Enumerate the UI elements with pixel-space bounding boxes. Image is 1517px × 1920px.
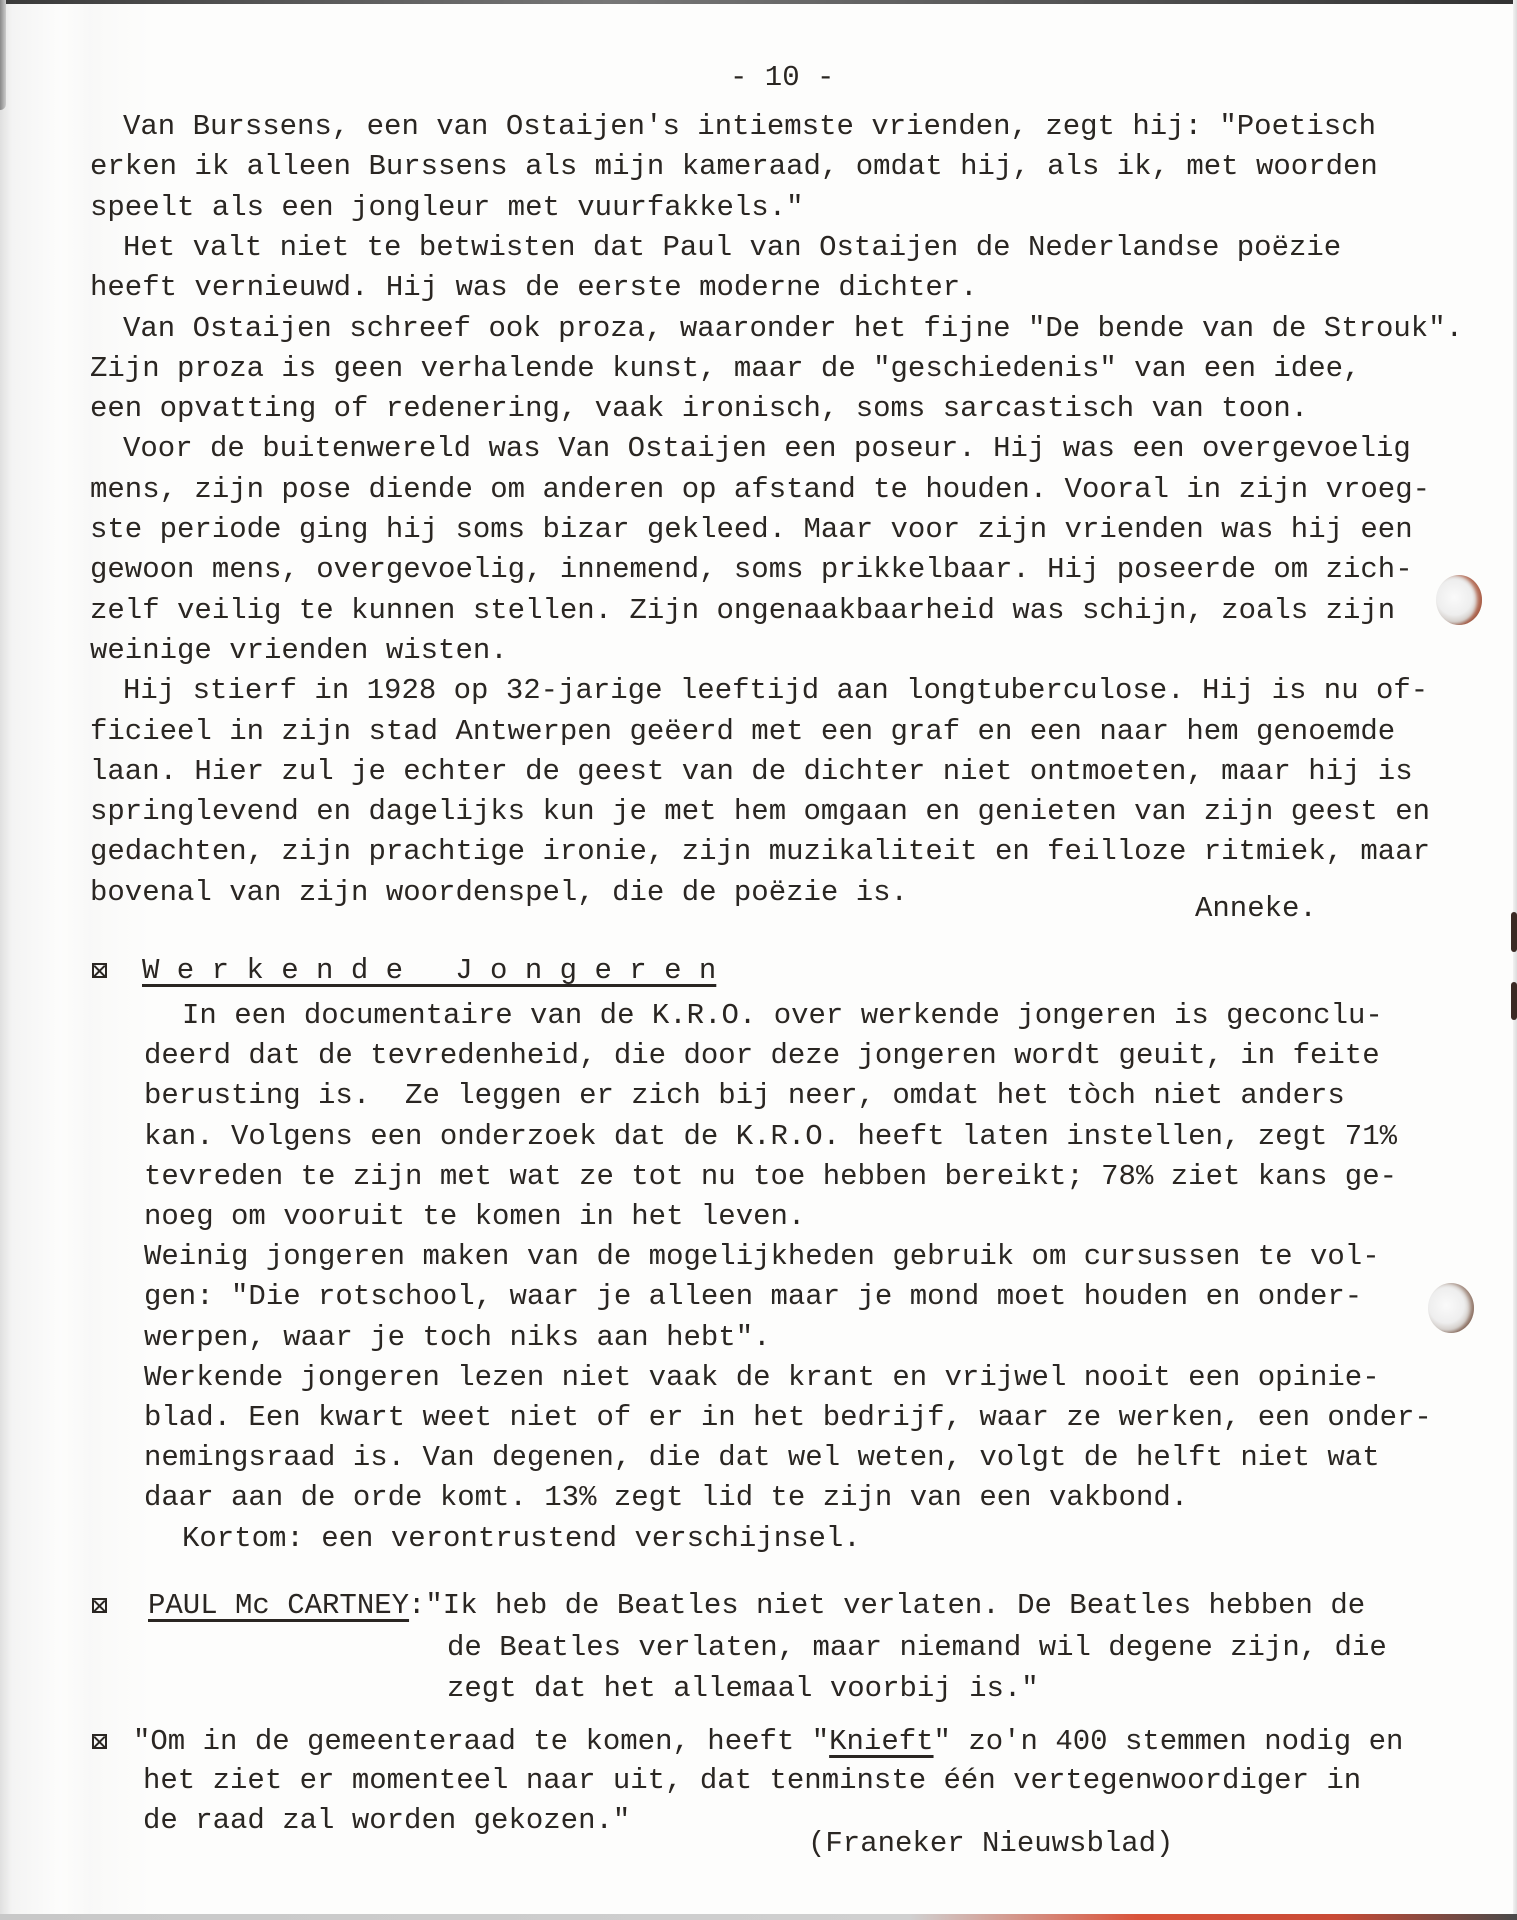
text-line: gen: "Die rotschool, waar je alleen maar… [144,1277,1362,1317]
text-line: :"Ik heb de Beatles niet verlaten. De Be… [408,1586,1365,1626]
text-line: weinige vrienden wisten. [90,631,508,671]
section-heading: W e r k e n d e J o n g e r e n [142,951,716,991]
page-number: - 10 - [730,58,834,98]
edge-mark [1511,982,1517,1020]
text-line: mens, zijn pose diende om anderen op afs… [90,470,1430,510]
binder-hole-icon [1436,575,1482,625]
text-line: de Beatles verlaten, maar niemand wil de… [447,1628,1387,1668]
text-line: het ziet er momenteel naar uit, dat tenm… [143,1761,1361,1801]
text-line: gedachten, zijn prachtige ironie, zijn m… [90,832,1430,872]
text-line: werpen, waar je toch niks aan hebt". [144,1318,771,1358]
source-credit: (Franeker Nieuwsblad) [808,1824,1173,1864]
crossed-box-icon [88,1586,110,1626]
text-line: Van Ostaijen schreef ook proza, waaronde… [123,309,1463,349]
text-line: blad. Een kwart weet niet of er in het b… [144,1398,1432,1438]
text-line: heeft vernieuwd. Hij was de eerste moder… [90,268,978,308]
text-line: springlevend en dagelijks kun je met hem… [90,792,1430,832]
crossed-box-icon [88,951,110,991]
text-line: zelf veilig te kunnen stellen. Zijn onge… [90,591,1395,631]
text-line: Voor de buitenwereld was Van Ostaijen ee… [123,429,1411,469]
page-left-curl [0,0,6,110]
text-line: Het valt niet te betwisten dat Paul van … [123,228,1341,268]
text-line: zegt dat het allemaal voorbij is." [447,1669,1039,1709]
page-top-edge [0,0,1517,4]
page-right-edge [1513,0,1517,1920]
speaker-name: PAUL Mc CARTNEY [148,1586,409,1626]
text-line: speelt als een jongleur met vuurfakkels.… [90,188,804,228]
text-line: erken ik alleen Burssens als mijn kamera… [90,147,1378,187]
text-line: een opvatting of redenering, vaak ironis… [90,389,1308,429]
page-bottom-edge [0,1914,1517,1920]
quote-line: "Om in de gemeenteraad te komen, heeft "… [133,1722,1403,1762]
text-line: deerd dat de tevredenheid, die door deze… [144,1036,1380,1076]
text-line: berusting is. Ze leggen er zich bij neer… [144,1076,1345,1116]
edge-mark [1511,912,1517,952]
signature: Anneke. [1195,889,1317,929]
text-line: tevreden te zijn met wat ze tot nu toe h… [144,1157,1397,1197]
text-line: kan. Volgens een onderzoek dat de K.R.O.… [144,1117,1397,1157]
crossed-box-icon [88,1722,110,1762]
text-line: Weinig jongeren maken van de mogelijkhed… [144,1237,1380,1277]
text-line: Kortom: een verontrustend verschijnsel. [182,1519,861,1559]
text-line: laan. Hier zul je echter de geest van de… [90,752,1413,792]
text-line: daar aan de orde komt. 13% zegt lid te z… [144,1478,1188,1518]
binder-hole-icon [1428,1283,1474,1333]
text-line: nemingsraad is. Van degenen, die dat wel… [144,1438,1380,1478]
text-line: Werkende jongeren lezen niet vaak de kra… [144,1358,1380,1398]
text-line: de raad zal worden gekozen." [143,1801,630,1841]
text-line: noeg om vooruit te komen in het leven. [144,1197,805,1237]
text-line: Van Burssens, een van Ostaijen's intiems… [123,107,1376,147]
text-line: gewoon mens, overgevoelig, innemend, som… [90,550,1413,590]
text-line: bovenal van zijn woordenspel, die de poë… [90,873,908,913]
text-line: In een documentaire van de K.R.O. over w… [182,996,1383,1036]
text-line: ste periode ging hij soms bizar gekleed.… [90,510,1413,550]
text-line: Zijn proza is geen verhalende kunst, maa… [90,349,1360,389]
text-line: Hij stierf in 1928 op 32-jarige leeftijd… [123,671,1428,711]
party-name: Knieft [829,1725,933,1758]
text-line: ficieel in zijn stad Antwerpen geëerd me… [90,712,1395,752]
